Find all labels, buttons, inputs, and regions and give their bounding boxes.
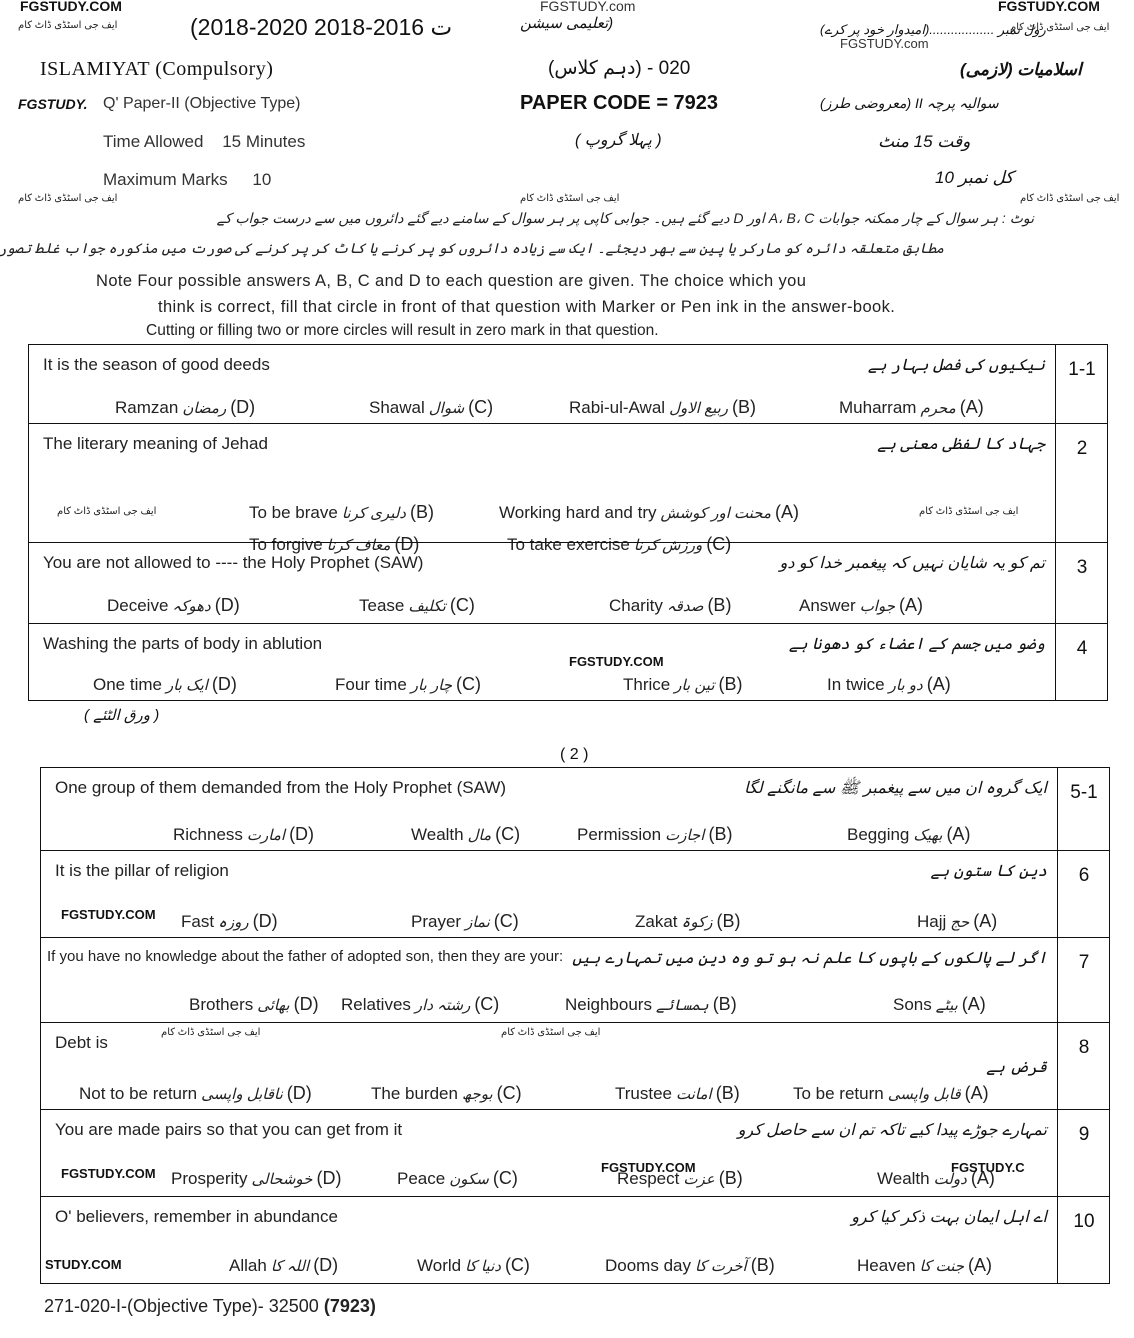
option-urdu: بھائی [257, 997, 289, 1014]
questions-table-page2: One group of them demanded from the Holy… [40, 767, 1110, 1284]
question-row: Washing the parts of body in ablutionوضو… [29, 623, 1107, 700]
option-label: (A) [927, 674, 951, 694]
question-text-urdu: نیکیوں کی فصل بہار ہے [868, 355, 1045, 375]
question-number: 1-1 [1057, 345, 1107, 423]
option-urdu: ناقابل واپسی [201, 1086, 283, 1103]
option-english: Neighbours [565, 995, 652, 1014]
time-value: 15 Minutes [222, 132, 305, 151]
question-number: 7 [1059, 938, 1109, 1022]
question-text-english: The literary meaning of Jehad [43, 434, 268, 454]
answer-option: To be braveدلیری کرنا(B) [249, 502, 434, 523]
option-label: (D) [253, 911, 278, 931]
option-label: (D) [316, 1168, 341, 1188]
option-label: (B) [708, 824, 732, 844]
answer-option: Prayerنماز(C) [411, 911, 519, 932]
option-urdu: دو بار [889, 677, 923, 694]
answer-option: Working hard and tryمحنت اور کوشش(A) [499, 502, 799, 523]
question-number: 3 [1057, 543, 1107, 623]
question-row: O' believers, remember in abundanceاے اہ… [41, 1196, 1109, 1283]
option-english: To be brave [249, 503, 338, 522]
answer-option: Relativesرشتہ دار(C) [341, 994, 499, 1015]
question-body: The literary meaning of Jehadجہاد کا لفظ… [29, 424, 1056, 542]
option-english: Muharram [839, 398, 916, 417]
option-label: (A) [962, 994, 986, 1014]
answer-option: Four timeچار بار(C) [335, 674, 481, 695]
option-english: In twice [827, 675, 885, 694]
watermark-top-left: FGSTUDY.COM [20, 0, 122, 14]
question-text-english: Washing the parts of body in ablution [43, 634, 322, 654]
option-urdu: بیٹے [936, 997, 958, 1014]
session-years: (2018-2020 ت 2016-2018 [190, 14, 452, 41]
option-urdu: دنیا کا [465, 1258, 501, 1275]
question-row: You are not allowed to ---- the Holy Pro… [29, 542, 1107, 623]
option-english: Allah [229, 1256, 267, 1275]
option-english: Rabi-ul-Awal [569, 398, 665, 417]
option-label: (C) [474, 994, 499, 1014]
answer-option: Charityصدقہ(B) [609, 595, 731, 616]
answer-option: Muharramمحرم(A) [839, 397, 984, 418]
option-label: (D) [212, 674, 237, 694]
answer-option: In twiceدو بار(A) [827, 674, 951, 695]
instruction-urdu-2: مطابق متعلقہ دائرہ کو مارکر یا پین سے بھ… [0, 240, 944, 257]
watermark-top-right: FGSTUDY.COM [998, 0, 1100, 14]
option-label: (B) [732, 397, 756, 417]
answer-option: Heavenجنت کا(A) [857, 1255, 992, 1276]
watermark: ایف جی اسٹڈی ڈاٹ کام [501, 1027, 600, 1038]
question-text-english: O' believers, remember in abundance [55, 1207, 338, 1227]
option-label: (A) [899, 595, 923, 615]
watermark-paper-prefix: FGSTUDY. [18, 96, 88, 112]
instruction-urdu-1: نوٹ : ہر سوال کے چار ممکنہ جوابات A، B، … [217, 210, 1034, 227]
question-text-urdu: جہاد کا لفظی معنی ہے [877, 434, 1045, 454]
watermark-top-center: FGSTUDY.com [540, 0, 635, 14]
option-urdu: رمضان [182, 400, 226, 417]
option-urdu: امانت [676, 1086, 712, 1103]
option-english: Thrice [623, 675, 670, 694]
option-english: Dooms day [605, 1256, 691, 1275]
option-urdu: ہمسائے [656, 997, 709, 1014]
watermark-urdu-center: ایف جی اسٹڈی ڈاٹ کام [520, 193, 619, 204]
subject-title: ISLAMIYAT (Compulsory) [40, 58, 273, 81]
answer-option: Ramzanرمضان(D) [115, 397, 255, 418]
answer-option: Permissionاجازت(B) [577, 824, 732, 845]
option-english: Deceive [107, 596, 168, 615]
paper-type: Q' Paper-II (Objective Type) [103, 95, 301, 113]
turn-over-note: ( ورق الٹئے ) [84, 706, 159, 724]
footer-code-prefix: 271-020-I-(Objective Type)- 32500 [44, 1296, 319, 1316]
question-text-english: It is the season of good deeds [43, 355, 270, 375]
marks-label: Maximum Marks [103, 170, 228, 189]
roll-number-field: رول نمبر ..................(امیدوار خود … [820, 22, 1046, 38]
answer-option: Shawalشوال(C) [369, 397, 493, 418]
option-label: (A) [965, 1083, 989, 1103]
option-label: (C) [505, 1255, 530, 1275]
option-label: (A) [946, 824, 970, 844]
option-english: Sons [893, 995, 932, 1014]
question-text-urdu: اے اہل ایمان بہت ذکر کیا کرو [851, 1207, 1047, 1227]
option-urdu: رشتہ دار [415, 997, 470, 1014]
option-english: Charity [609, 596, 663, 615]
option-english: Ramzan [115, 398, 178, 417]
option-urdu: محنت اور کوشش [660, 505, 771, 522]
question-body: It is the season of good deedsنیکیوں کی … [29, 345, 1056, 423]
question-row: Debt isقرض ہےNot to be returnناقابل واپس… [41, 1022, 1109, 1109]
option-label: (C) [494, 911, 519, 931]
option-english: Wealth [411, 825, 464, 844]
question-row: The literary meaning of Jehadجہاد کا لفظ… [29, 423, 1107, 542]
option-label: (C) [495, 824, 520, 844]
option-urdu: دھوکہ [172, 598, 210, 615]
question-text-english: It is the pillar of religion [55, 861, 229, 881]
option-label: (A) [973, 911, 997, 931]
option-english: Richness [173, 825, 243, 844]
group-urdu: ( پہلا گروپ ) [575, 130, 662, 150]
option-label: (B) [713, 994, 737, 1014]
question-row: If you have no knowledge about the fathe… [41, 937, 1109, 1022]
question-body: You are made pairs so that you can get f… [41, 1110, 1058, 1196]
question-row: It is the pillar of religionدین کا ستون … [41, 850, 1109, 937]
option-label: (D) [215, 595, 240, 615]
marks-value: 10 [252, 170, 271, 189]
question-text-english: Debt is [55, 1033, 108, 1053]
answer-option: To be returnقابل واپسی(A) [793, 1083, 989, 1104]
question-text-urdu: اگر لے پالکوں کے باپوں کا علم نہ ہو تو و… [572, 948, 1047, 968]
question-number: 2 [1057, 424, 1107, 542]
option-english: Zakat [635, 912, 678, 931]
watermark: ایف جی اسٹڈی ڈاٹ کام [57, 506, 156, 517]
instruction-english-1: Note Four possible answers A, B, C and D… [96, 272, 806, 291]
option-urdu: روزہ [218, 914, 249, 931]
questions-table-page1: It is the season of good deedsنیکیوں کی … [28, 344, 1108, 701]
option-urdu: جواب [860, 598, 895, 615]
option-label: (B) [719, 1168, 743, 1188]
question-text-urdu: قرض ہے [986, 1057, 1047, 1077]
option-urdu: جنت کا [920, 1258, 964, 1275]
watermark: FGSTUDY.COM [61, 1166, 156, 1181]
instruction-english-2: think is correct, fill that circle in fr… [158, 298, 895, 317]
watermark-urdu-left: ایف جی اسٹڈی ڈاٹ کام [18, 20, 117, 31]
option-english: World [417, 1256, 461, 1275]
option-label: (A) [775, 502, 799, 522]
question-text-urdu: تم کو یہ شایان نہیں کہ پیغمبر خدا کو دو [780, 553, 1045, 573]
watermark: FGSTUDY.COM [601, 1160, 696, 1175]
option-label: (A) [968, 1255, 992, 1275]
option-english: Permission [577, 825, 661, 844]
option-urdu: زکوۃ [682, 914, 713, 931]
class-code: (دہم کلاس) - 020 [548, 57, 690, 80]
watermark: ایف جی اسٹڈی ڈاٹ کام [161, 1027, 260, 1038]
option-english: Working hard and try [499, 503, 656, 522]
question-number: 5-1 [1059, 768, 1109, 850]
option-urdu: تین بار [674, 677, 714, 694]
option-urdu: خوشحالی [252, 1171, 313, 1188]
watermark: STUDY.COM [45, 1257, 122, 1272]
question-body: O' believers, remember in abundanceاے اہ… [41, 1197, 1058, 1283]
option-urdu: شوال [429, 400, 464, 417]
option-urdu: اللہ کا [271, 1258, 309, 1275]
footer-code-bold: (7923) [324, 1296, 376, 1316]
answer-option: Dooms dayآخرت کا(B) [605, 1255, 775, 1276]
option-label: (D) [289, 824, 314, 844]
question-number: 9 [1059, 1110, 1109, 1196]
option-label: (D) [294, 994, 319, 1014]
option-english: Prosperity [171, 1169, 248, 1188]
answer-option: One timeایک بار(D) [93, 674, 237, 695]
option-label: (A) [960, 397, 984, 417]
option-english: Peace [397, 1169, 445, 1188]
option-label: (D) [313, 1255, 338, 1275]
watermark: FGSTUDY.COM [569, 654, 664, 669]
answer-option: Beggingبھیک(A) [847, 824, 970, 845]
question-body: It is the pillar of religionدین کا ستون … [41, 851, 1058, 937]
question-text-urdu: ایک گروہ ان میں سے پیغمبر ﷺ سے مانگنے لگ… [744, 778, 1047, 801]
question-number: 4 [1057, 624, 1107, 700]
option-label: (B) [719, 674, 743, 694]
paper-code: PAPER CODE = 7923 [520, 92, 718, 115]
option-english: Hajj [917, 912, 946, 931]
option-urdu: قابل واپسی [888, 1086, 961, 1103]
answer-option: The burdenبوجھ(C) [371, 1083, 522, 1104]
option-urdu: تکلیف [408, 598, 445, 615]
time-label: Time Allowed [103, 132, 203, 151]
question-text-english: You are made pairs so that you can get f… [55, 1120, 402, 1140]
watermark-urdu-left-2: ایف جی اسٹڈی ڈاٹ کام [18, 193, 117, 204]
option-urdu: اجازت [665, 827, 704, 844]
question-body: Debt isقرض ہےNot to be returnناقابل واپس… [41, 1023, 1058, 1109]
subject-title-urdu: اسلامیات (لازمی) [960, 60, 1082, 80]
marks-urdu: کل نمبر 10 [935, 168, 1013, 188]
answer-option: Thriceتین بار(B) [623, 674, 743, 695]
option-urdu: مال [468, 827, 492, 844]
option-urdu: دلیری کرنا [342, 505, 406, 522]
session-urdu: (تعلیمی سیشن [520, 14, 613, 32]
option-label: (B) [716, 1083, 740, 1103]
option-english: Relatives [341, 995, 411, 1014]
answer-option: Teaseتکلیف(C) [359, 595, 475, 616]
watermark: FGSTUDY.C [951, 1160, 1025, 1175]
answer-option: Richnessامارت(D) [173, 824, 314, 845]
option-label: (B) [410, 502, 434, 522]
option-english: Prayer [411, 912, 461, 931]
question-body: You are not allowed to ---- the Holy Pro… [29, 543, 1056, 623]
option-label: (C) [456, 674, 481, 694]
option-label: (C) [493, 1168, 518, 1188]
answer-option: Neighboursہمسائے(B) [565, 994, 737, 1015]
answer-option: Trusteeامانت(B) [615, 1083, 740, 1104]
answer-option: Worldدنیا کا(C) [417, 1255, 530, 1276]
option-urdu: چار بار [411, 677, 452, 694]
question-body: One group of them demanded from the Holy… [41, 768, 1058, 850]
option-english: Trustee [615, 1084, 672, 1103]
option-english: The burden [371, 1084, 458, 1103]
option-english: Four time [335, 675, 407, 694]
question-text-english: You are not allowed to ---- the Holy Pro… [43, 553, 423, 573]
instruction-english-3: Cutting or filling two or more circles w… [146, 322, 659, 340]
maximum-marks: Maximum Marks 10 [103, 170, 271, 190]
answer-option: Peaceسکون(C) [397, 1168, 518, 1189]
paper-footer-code: 271-020-I-(Objective Type)- 32500 (7923) [44, 1296, 376, 1317]
option-urdu: بوجھ [462, 1086, 493, 1103]
option-english: To be return [793, 1084, 884, 1103]
watermark: FGSTUDY.COM [61, 907, 156, 922]
option-label: (D) [287, 1083, 312, 1103]
option-urdu: صدقہ [667, 598, 704, 615]
page-number: ( 2 ) [560, 746, 588, 764]
answer-option: Deceiveدھوکہ(D) [107, 595, 240, 616]
option-label: (B) [751, 1255, 775, 1275]
watermark-urdu-right-2: ایف جی اسٹڈی ڈاٹ کام [1020, 193, 1119, 204]
question-body: If you have no knowledge about the fathe… [41, 938, 1058, 1022]
answer-option: Allahاللہ کا(D) [229, 1255, 338, 1276]
answer-option: Rabi-ul-Awalربیع الاول(B) [569, 397, 756, 418]
option-urdu: آخرت کا [695, 1258, 747, 1275]
option-english: Not to be return [79, 1084, 197, 1103]
answer-option: Wealthمال(C) [411, 824, 520, 845]
question-number: 6 [1059, 851, 1109, 937]
option-english: Brothers [189, 995, 253, 1014]
question-row: It is the season of good deedsنیکیوں کی … [29, 345, 1107, 423]
option-english: Answer [799, 596, 856, 615]
option-english: Tease [359, 596, 404, 615]
paper-type-urdu: سوالیہ پرچہ II (معروضی طرز) [820, 95, 999, 112]
option-urdu: بھیک [913, 827, 942, 844]
option-english: Fast [181, 912, 214, 931]
option-english: Wealth [877, 1169, 930, 1188]
option-urdu: محرم [920, 400, 955, 417]
answer-option: Sonsبیٹے(A) [893, 994, 986, 1015]
question-text-english: One group of them demanded from the Holy… [55, 778, 506, 798]
option-english: Shawal [369, 398, 425, 417]
option-english: Begging [847, 825, 909, 844]
watermark: ایف جی اسٹڈی ڈاٹ کام [919, 506, 1018, 517]
option-urdu: ربیع الاول [669, 400, 728, 417]
option-label: (B) [716, 911, 740, 931]
option-label: (C) [468, 397, 493, 417]
question-number: 8 [1059, 1023, 1109, 1109]
answer-option: Fastروزہ(D) [181, 911, 278, 932]
question-row: You are made pairs so that you can get f… [41, 1109, 1109, 1196]
answer-option: Hajjحج(A) [917, 911, 997, 932]
option-urdu: ایک بار [166, 677, 208, 694]
answer-option: Answerجواب(A) [799, 595, 923, 616]
answer-option: Zakatزکوۃ(B) [635, 911, 740, 932]
answer-option: Prosperityخوشحالی(D) [171, 1168, 341, 1189]
option-urdu: امارت [247, 827, 285, 844]
question-body: Washing the parts of body in ablutionوضو… [29, 624, 1056, 700]
answer-option: Brothersبھائی(D) [189, 994, 319, 1015]
option-english: Heaven [857, 1256, 916, 1275]
question-row: One group of them demanded from the Holy… [41, 768, 1109, 850]
option-label: (C) [497, 1083, 522, 1103]
option-label: (D) [230, 397, 255, 417]
option-urdu: نماز [465, 914, 490, 931]
question-text-urdu: دین کا ستون ہے [931, 861, 1047, 881]
time-urdu: وقت 15 منٹ [878, 132, 970, 152]
time-allowed: Time Allowed 15 Minutes [103, 132, 305, 152]
question-number: 10 [1059, 1197, 1109, 1283]
option-urdu: سکون [449, 1171, 489, 1188]
option-label: (B) [707, 595, 731, 615]
watermark-mid-right: FGSTUDY.com [840, 36, 929, 51]
option-urdu: حج [950, 914, 969, 931]
option-english: One time [93, 675, 162, 694]
question-text-urdu: تمہارے جوڑے پیدا کیے تاکہ تم ان سے حاصل … [738, 1120, 1047, 1140]
question-text-urdu: وضو میں جسم کے اعضاء کو دھونا ہے [789, 634, 1045, 654]
option-label: (C) [450, 595, 475, 615]
answer-option: Not to be returnناقابل واپسی(D) [79, 1083, 312, 1104]
question-text-english: If you have no knowledge about the fathe… [47, 948, 563, 965]
